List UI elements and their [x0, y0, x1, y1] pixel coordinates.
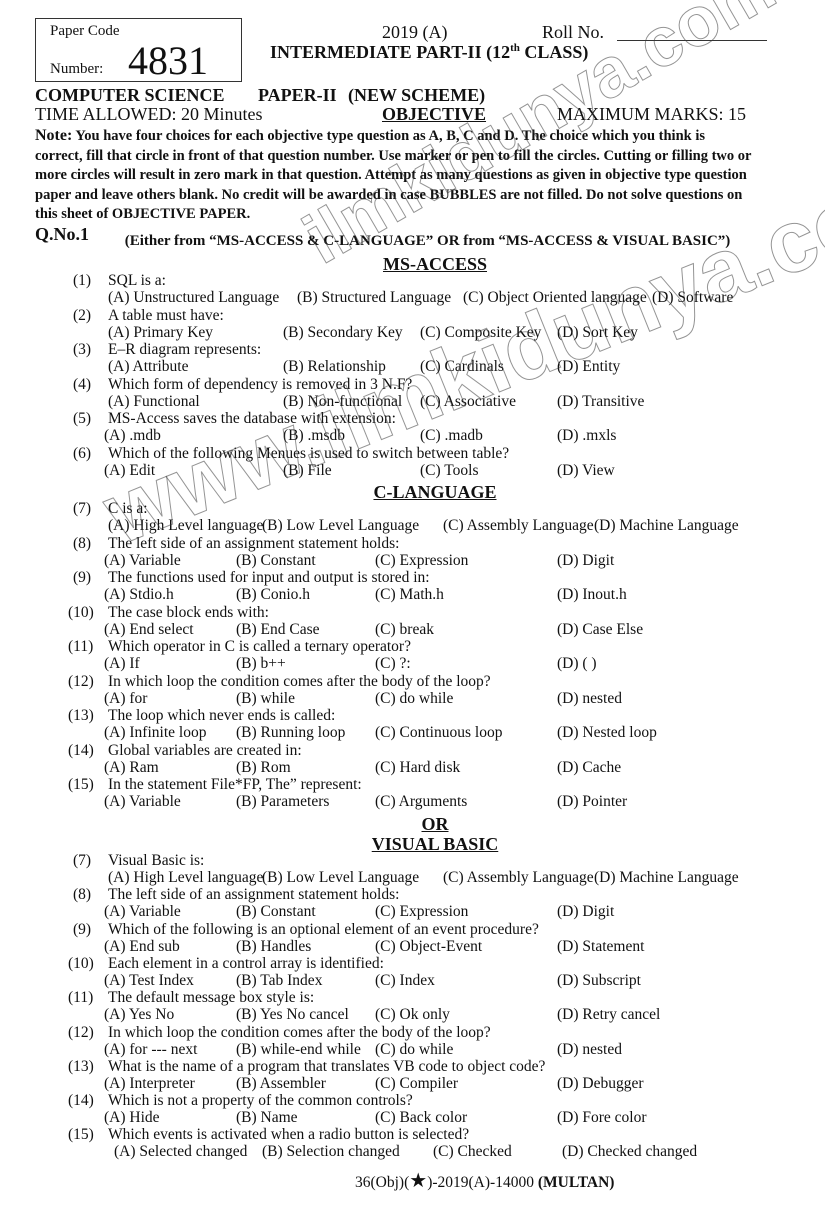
answer-option-c[interactable]: (C) Object Oriented language: [463, 289, 647, 307]
answer-option-d[interactable]: (D) Nested loop: [557, 724, 657, 742]
answer-option-c[interactable]: (C) Back color: [375, 1109, 467, 1127]
answer-option-a[interactable]: (A) Yes No: [104, 1006, 174, 1024]
question-text: E–R diagram represents:: [108, 341, 261, 359]
answer-option-d[interactable]: (D) Machine Language: [594, 517, 739, 535]
answer-option-b[interactable]: (B) Parameters: [236, 793, 329, 811]
question-text: Visual Basic is:: [108, 852, 204, 870]
answer-option-b[interactable]: (B) Non-functional: [283, 393, 402, 411]
question-text: The default message box style is:: [108, 989, 314, 1007]
note-label: Note:: [35, 127, 72, 144]
answer-option-a[interactable]: (A) Functional: [108, 393, 200, 411]
answer-option-a[interactable]: (A) Interpreter: [104, 1075, 195, 1093]
section-choice-note: (Either from “MS-ACCESS & C-LANGUAGE” OR…: [0, 233, 825, 250]
answer-option-b[interactable]: (B) Handles: [236, 938, 311, 956]
exam-year: 2019 (A): [382, 22, 448, 43]
answer-option-c[interactable]: (C) Expression: [375, 903, 468, 921]
roll-no-label: Roll No.: [542, 22, 604, 43]
scheme-label: (NEW SCHEME): [348, 85, 485, 106]
paper-code-number: 4831: [128, 41, 208, 81]
question-number-label: (10): [68, 604, 94, 622]
answer-option-c[interactable]: (C) Object-Event: [375, 938, 482, 956]
question-number-label: (1): [73, 272, 91, 290]
answer-option-b[interactable]: (B) End Case: [236, 621, 320, 639]
answer-option-c[interactable]: (C) Arguments: [375, 793, 467, 811]
question-text: Which of the following is an optional el…: [108, 921, 539, 939]
answer-option-b[interactable]: (B) Low Level Language: [262, 517, 419, 535]
answer-option-b[interactable]: (B) b++: [236, 655, 286, 673]
answer-option-a[interactable]: (A) Hide: [104, 1109, 160, 1127]
answer-option-a[interactable]: (A) End select: [104, 621, 194, 639]
answer-option-b[interactable]: (B) Running loop: [236, 724, 345, 742]
answer-option-c[interactable]: (C) Cardinals: [420, 358, 504, 376]
answer-option-d[interactable]: (D) Machine Language: [594, 869, 739, 887]
question-number-label: (5): [73, 410, 91, 428]
answer-option-b[interactable]: (B) Structured Language: [297, 289, 451, 307]
answer-option-d[interactable]: (D) Checked changed: [562, 1143, 697, 1161]
answer-option-b[interactable]: (B) Secondary Key: [283, 324, 403, 342]
question-text: The loop which never ends is called:: [108, 707, 335, 725]
answer-option-a[interactable]: (A) Unstructured Language: [108, 289, 279, 307]
answer-option-d[interactable]: (D) nested: [557, 1041, 622, 1059]
question-text: The case block ends with:: [108, 604, 269, 622]
subject-title: COMPUTER SCIENCE: [35, 85, 225, 106]
answer-option-d[interactable]: (D) View: [557, 462, 615, 480]
question-number-label: (7): [73, 500, 91, 518]
answer-option-a[interactable]: (A) Attribute: [108, 358, 189, 376]
answer-option-a[interactable]: (A) Variable: [104, 903, 181, 921]
answer-option-b[interactable]: (B) Constant: [236, 552, 316, 570]
answer-option-d[interactable]: (D) Digit: [557, 552, 614, 570]
answer-option-b[interactable]: (B) Conio.h: [236, 586, 310, 604]
question-number-label: (10): [68, 955, 94, 973]
region-label: (MULTAN): [538, 1174, 615, 1191]
question-number-label: (6): [73, 445, 91, 463]
answer-option-d[interactable]: (D) Digit: [557, 903, 614, 921]
answer-option-d[interactable]: (D) Debugger: [557, 1075, 644, 1093]
answer-option-d[interactable]: (D) ( ): [557, 655, 597, 673]
answer-option-a[interactable]: (A) for: [104, 690, 147, 708]
question-text: Which operator in C is called a ternary …: [108, 638, 411, 656]
answer-option-c[interactable]: (C) do while: [375, 1041, 453, 1059]
question-text: In which loop the condition comes after …: [108, 673, 491, 691]
paper-footer: 36(Obj)(★)-2019(A)-14000 (MULTAN): [355, 1168, 614, 1193]
answer-option-a[interactable]: (A) for --- next: [104, 1041, 197, 1059]
answer-option-c[interactable]: (C) Associative: [420, 393, 516, 411]
question-text: C is a:: [108, 500, 148, 518]
answer-option-d[interactable]: (D) Sort Key: [557, 324, 638, 342]
answer-option-c[interactable]: (C) .madb: [420, 427, 483, 445]
question-text: Each element in a control array is ident…: [108, 955, 384, 973]
question-number-label: (11): [68, 638, 93, 656]
question-text: The functions used for input and output …: [108, 569, 430, 587]
answer-option-d[interactable]: (D) nested: [557, 690, 622, 708]
answer-option-c[interactable]: (C) ?:: [375, 655, 411, 673]
question-number-label: (7): [73, 852, 91, 870]
answer-option-a[interactable]: (A) High Level language: [108, 517, 263, 535]
answer-option-a[interactable]: (A) Edit: [104, 462, 155, 480]
question-text: MS-Access saves the database with extens…: [108, 410, 396, 428]
paper-code-box: Paper Code Number: 4831: [35, 18, 242, 82]
answer-option-b[interactable]: (B) Assembler: [236, 1075, 326, 1093]
answer-option-a[interactable]: (A) Infinite loop: [104, 724, 206, 742]
question-number-label: (12): [68, 673, 94, 691]
section-type: OBJECTIVE: [382, 104, 486, 125]
question-number-label: (8): [73, 535, 91, 553]
question-number-label: (11): [68, 989, 93, 1007]
answer-option-c[interactable]: (C) Composite Key: [420, 324, 541, 342]
answer-option-c[interactable]: (C) Checked: [433, 1143, 512, 1161]
question-number-label: (14): [68, 742, 94, 760]
answer-option-c[interactable]: (C) Assembly Language: [443, 869, 594, 887]
answer-option-d[interactable]: (D) Subscript: [557, 972, 641, 990]
answer-option-b[interactable]: (B) Yes No cancel: [236, 1006, 349, 1024]
answer-option-d[interactable]: (D) Transitive: [557, 393, 644, 411]
answer-option-c[interactable]: (C) Expression: [375, 552, 468, 570]
answer-option-c[interactable]: (C) do while: [375, 690, 453, 708]
answer-option-d[interactable]: (D) Fore color: [557, 1109, 647, 1127]
paper-label: PAPER-II: [258, 85, 337, 106]
answer-option-c[interactable]: (C) Tools: [420, 462, 478, 480]
answer-option-a[interactable]: (A) Variable: [104, 793, 181, 811]
answer-option-a[interactable]: (A) End sub: [104, 938, 180, 956]
answer-option-d[interactable]: (D) Cache: [557, 759, 621, 777]
answer-option-c[interactable]: (C) Math.h: [375, 586, 444, 604]
question-number-label: (3): [73, 341, 91, 359]
answer-option-b[interactable]: (B) .msdb: [283, 427, 345, 445]
paper-code-label: Paper Code: [50, 23, 120, 40]
question-number-label: (13): [68, 707, 94, 725]
answer-option-c[interactable]: (C) Compiler: [375, 1075, 458, 1093]
maximum-marks: MAXIMUM MARKS: 15: [557, 104, 746, 125]
answer-option-a[interactable]: (A) Selected changed: [114, 1143, 247, 1161]
answer-option-b[interactable]: (B) Name: [236, 1109, 298, 1127]
answer-option-b[interactable]: (B) Selection changed: [262, 1143, 400, 1161]
answer-option-b[interactable]: (B) Low Level Language: [262, 869, 419, 887]
answer-option-c[interactable]: (C) Ok only: [375, 1006, 450, 1024]
question-text: What is the name of a program that trans…: [108, 1058, 545, 1076]
question-text: Which form of dependency is removed in 3…: [108, 376, 412, 394]
answer-option-d[interactable]: (D) Case Else: [557, 621, 643, 639]
answer-option-b[interactable]: (B) Tab Index: [236, 972, 322, 990]
question-text: Global variables are created in:: [108, 742, 302, 760]
number-label: Number:: [50, 61, 103, 78]
answer-option-d[interactable]: (D) Pointer: [557, 793, 627, 811]
question-number-label: (15): [68, 776, 94, 794]
answer-option-a[interactable]: (A) Variable: [104, 552, 181, 570]
answer-option-a[interactable]: (A) Ram: [104, 759, 159, 777]
question-text: In the statement File*FP, The” represent…: [108, 776, 362, 794]
question-number-label: (12): [68, 1024, 94, 1042]
answer-option-c[interactable]: (C) Continuous loop: [375, 724, 502, 742]
answer-option-c[interactable]: (C) Hard disk: [375, 759, 460, 777]
answer-option-b[interactable]: (B) while-end while: [236, 1041, 361, 1059]
answer-option-a[interactable]: (A) Test Index: [104, 972, 194, 990]
question-text: SQL is a:: [108, 272, 166, 290]
question-number-label: (4): [73, 376, 91, 394]
question-number-label: (14): [68, 1092, 94, 1110]
answer-option-d[interactable]: (D) Statement: [557, 938, 644, 956]
time-allowed: TIME ALLOWED: 20 Minutes: [35, 104, 262, 125]
answer-option-a[interactable]: (A) Primary Key: [108, 324, 213, 342]
question-text: A table must have:: [108, 307, 224, 325]
answer-option-b[interactable]: (B) while: [236, 690, 295, 708]
question-number-label: (9): [73, 921, 91, 939]
question-text: The left side of an assignment statement…: [108, 535, 399, 553]
instructions-note: Note: You have four choices for each obj…: [35, 126, 755, 225]
question-text: Which of the following Menues is used to…: [108, 445, 509, 463]
answer-option-c[interactable]: (C) Assembly Language: [443, 517, 594, 535]
answer-option-a[interactable]: (A) If: [104, 655, 140, 673]
answer-option-c[interactable]: (C) Index: [375, 972, 435, 990]
answer-option-d[interactable]: (D) Software: [652, 289, 733, 307]
class-title: INTERMEDIATE PART-II (12th CLASS): [270, 42, 588, 63]
question-number-label: (8): [73, 886, 91, 904]
or-divider: OR: [0, 814, 825, 835]
answer-option-b[interactable]: (B) Relationship: [283, 358, 386, 376]
question-number-label: (15): [68, 1126, 94, 1144]
answer-option-b[interactable]: (B) Constant: [236, 903, 316, 921]
answer-option-a[interactable]: (A) High Level language: [108, 869, 263, 887]
answer-option-d[interactable]: (D) Entity: [557, 358, 620, 376]
answer-option-d[interactable]: (D) Inout.h: [557, 586, 627, 604]
note-text: You have four choices for each objective…: [35, 128, 751, 222]
question-number-label: (9): [73, 569, 91, 587]
answer-option-c[interactable]: (C) break: [375, 621, 434, 639]
question-text: Which events is activated when a radio b…: [108, 1126, 469, 1144]
roll-no-field[interactable]: [617, 40, 767, 41]
star-icon: ★: [409, 1170, 427, 1192]
answer-option-b[interactable]: (B) Rom: [236, 759, 291, 777]
question-text: The left side of an assignment statement…: [108, 886, 399, 904]
answer-option-a[interactable]: (A) Stdio.h: [104, 586, 174, 604]
answer-option-b[interactable]: (B) File: [283, 462, 332, 480]
question-number-label: (2): [73, 307, 91, 325]
question-number-label: (13): [68, 1058, 94, 1076]
answer-option-d[interactable]: (D) Retry cancel: [557, 1006, 660, 1024]
answer-option-a[interactable]: (A) .mdb: [104, 427, 161, 445]
question-text: Which is not a property of the common co…: [108, 1092, 413, 1110]
answer-option-d[interactable]: (D) .mxls: [557, 427, 616, 445]
question-text: In which loop the condition comes after …: [108, 1024, 491, 1042]
